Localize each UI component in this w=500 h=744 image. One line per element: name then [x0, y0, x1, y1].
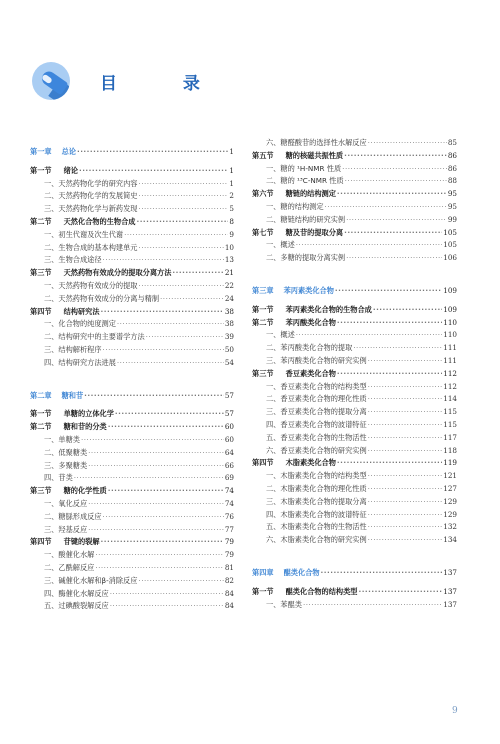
toc-item-entry[interactable]: 二、天然药物化学的发展简史2	[30, 190, 234, 203]
toc-entry-label: 第二节苯丙酸类化合物	[252, 317, 336, 330]
dot-leader	[368, 432, 443, 445]
toc-entry-title: 糖链的结构测定	[286, 189, 336, 198]
dot-leader	[88, 460, 224, 473]
dot-leader	[88, 524, 224, 537]
toc-entry-number: 第二章	[30, 391, 52, 400]
toc-item-entry[interactable]: 四、酶催化水解反应84	[30, 588, 234, 601]
toc-entry-page: 88	[448, 175, 457, 188]
toc-spacer	[252, 547, 457, 561]
toc-item-entry[interactable]: 一、酸催化水解79	[30, 549, 234, 562]
toc-entry-title: 单糖的立体化学	[64, 409, 114, 418]
toc-entry-label: 四、苷类	[44, 472, 73, 485]
toc-entry-label: 第四节苷键的裂解	[30, 536, 100, 549]
toc-entry-title: 二、生物合成的基本构建单元	[44, 243, 137, 252]
toc-item-entry[interactable]: 一、木脂素类化合物的结构类型121	[252, 470, 457, 483]
toc-entry-title: 二、糖的 ¹³C-NMR 性质	[266, 176, 344, 185]
toc-item-entry[interactable]: 三、多聚糖类66	[30, 460, 234, 473]
toc-entry-title: 一、苯醌类	[266, 600, 302, 609]
toc-entry-title: 三、生物合成途径	[44, 255, 102, 264]
toc-entry-page: 86	[448, 163, 457, 176]
dot-leader	[368, 381, 443, 394]
toc-entry-page: 129	[443, 496, 457, 509]
toc-entry-label: 第一节苯丙素类化合物的生物合成	[252, 304, 372, 317]
toc-entry-label: 二、苯丙酸类化合物的提取	[266, 342, 352, 355]
toc-entry-title: 三、苯丙酸类化合物的研究实例	[266, 356, 367, 365]
toc-entry-label: 三、苯丙酸类化合物的研究实例	[266, 355, 367, 368]
toc-entry-title: 三、羟基反应	[44, 525, 87, 534]
dot-leader	[344, 150, 447, 163]
toc-entry-label: 二、糖脎形成反应	[44, 511, 102, 524]
toc-item-entry[interactable]: 一、天然药物有效成分的提取22	[30, 280, 234, 293]
toc-entry-page: 129	[443, 509, 457, 522]
toc-entry-label: 三、木脂素类化合物的提取分离	[266, 496, 367, 509]
dot-leader	[368, 483, 443, 496]
toc-item-entry[interactable]: 一、天然药物化学的研究内容1	[30, 178, 234, 191]
dot-leader	[368, 393, 443, 406]
toc-entry-title: 二、结构研究中的主要谱学方法	[44, 332, 145, 341]
toc-entry-number: 第七节	[252, 228, 274, 237]
toc-entry-label: 三、结构解析程序	[44, 344, 102, 357]
dot-leader	[138, 190, 228, 203]
toc-entry-page: 9	[229, 229, 234, 242]
toc-entry-number: 第四章	[252, 568, 274, 577]
toc-entry-page: 38	[225, 306, 234, 319]
toc-entry-title: 四、苷类	[44, 473, 73, 482]
toc-section-entry[interactable]: 第六节糖链的结构测定95	[252, 188, 457, 201]
toc-entry-page: 137	[443, 599, 457, 612]
toc-entry-label: 一、化合物的纯度测定	[44, 318, 116, 331]
toc-entry-page: 84	[225, 600, 234, 613]
toc-item-entry[interactable]: 三、苯丙酸类化合物的研究实例111	[252, 355, 457, 368]
toc-entry-page: 13	[225, 254, 234, 267]
dot-leader	[124, 229, 228, 242]
toc-entry-title: 六、木脂素类化合物的研究实例	[266, 535, 367, 544]
toc-entry-label: 一、氧化反应	[44, 498, 87, 511]
toc-entry-page: 111	[443, 355, 457, 368]
toc-section-entry[interactable]: 第七节糖及苷的提取分离105	[252, 227, 457, 240]
toc-entry-title: 糖及苷的提取分离	[286, 228, 344, 237]
dot-leader	[74, 472, 224, 485]
toc-entry-label: 二、生物合成的基本构建单元	[44, 242, 137, 255]
toc-entry-label: 第六节糖链的结构测定	[252, 188, 336, 201]
toc-entry-label: 四、酶催化水解反应	[44, 588, 109, 601]
toc-entry-label: 第一节醌类化合物的结构类型	[252, 586, 357, 599]
dot-leader	[110, 600, 224, 613]
toc-entry-label: 一、概述	[266, 329, 295, 342]
toc-item-entry[interactable]: 一、初生代谢及次生代谢9	[30, 229, 234, 242]
dot-leader	[325, 201, 447, 214]
dot-leader	[368, 445, 443, 458]
dot-leader	[345, 175, 447, 188]
dot-leader	[117, 357, 224, 370]
dot-leader	[95, 549, 224, 562]
toc-item-entry[interactable]: 三、木脂素类化合物的提取分离129	[252, 496, 457, 509]
toc-entry-label: 一、概述	[266, 239, 295, 252]
toc-entry-label: 四、结构研究方法进展	[44, 357, 116, 370]
toc-entry-label: 二、天然药物有效成分的分离与精制	[44, 293, 159, 306]
dot-leader	[84, 390, 224, 403]
toc-entry-number: 第一节	[30, 166, 52, 175]
toc-entry-label: 第三章苯丙素类化合物	[252, 285, 334, 298]
toc-item-entry[interactable]: 一、概述105	[252, 239, 457, 252]
toc-entry-title: 醌类化合物	[284, 568, 320, 577]
toc-section-entry[interactable]: 第一节单糖的立体化学57	[30, 408, 234, 421]
toc-right-column: 六、糖醛酸苷的选择性水解反应85第五节糖的核磁共振性质86一、糖的 ¹H-NMR…	[252, 137, 457, 611]
toc-item-entry[interactable]: 四、香豆素类化合物的波谱特征115	[252, 419, 457, 432]
dot-leader	[373, 304, 442, 317]
toc-section-entry[interactable]: 第五节糖的核磁共振性质86	[252, 150, 457, 163]
toc-entry-number: 第四节	[252, 458, 274, 467]
toc-entry-label: 五、过碘酸裂解反应	[44, 600, 109, 613]
toc-entry-page: 109	[443, 285, 457, 298]
toc-entry-page: 69	[225, 472, 234, 485]
toc-entry-page: 137	[443, 567, 457, 580]
toc-entry-label: 三、天然药物化学与新药发现	[44, 203, 137, 216]
toc-entry-page: 106	[443, 252, 457, 265]
toc-item-entry[interactable]: 六、木脂素类化合物的研究实例134	[252, 534, 457, 547]
toc-entry-title: 二、苯丙酸类化合物的提取	[266, 343, 352, 352]
toc-entry-page: 115	[443, 419, 457, 432]
toc-entry-title: 二、木脂素类化合物的理化性质	[266, 484, 367, 493]
toc-entry-page: 66	[225, 460, 234, 473]
dot-leader	[303, 599, 442, 612]
toc-item-entry[interactable]: 六、糖醛酸苷的选择性水解反应85	[252, 137, 457, 150]
toc-entry-page: 121	[443, 470, 457, 483]
toc-entry-title: 糖和苷的分类	[64, 422, 107, 431]
toc-entry-title: 五、过碘酸裂解反应	[44, 601, 109, 610]
toc-entry-label: 第四节结构研究法	[30, 306, 100, 319]
toc-entry-page: 84	[225, 588, 234, 601]
toc-entry-title: 三、香豆素类化合物的提取分离	[266, 407, 367, 416]
toc-entry-title: 六、香豆素类化合物的研究实例	[266, 446, 367, 455]
toc-entry-page: 79	[225, 536, 234, 549]
toc-entry-page: 109	[443, 304, 457, 317]
toc-entry-title: 三、结构解析程序	[44, 345, 102, 354]
toc-entry-title: 一、初生代谢及次生代谢	[44, 230, 123, 239]
toc-entry-label: 二、香豆素类化合物的理化性质	[266, 393, 367, 406]
toc-entry-page: 1	[229, 178, 234, 191]
toc-entry-label: 六、木脂素类化合物的研究实例	[266, 534, 367, 547]
toc-item-entry[interactable]: 二、糖链结构的研究实例99	[252, 214, 457, 227]
toc-entry-page: 110	[443, 317, 457, 330]
page-number: 9	[452, 706, 458, 716]
toc-item-entry[interactable]: 二、多糖的提取分离实例106	[252, 252, 457, 265]
toc-entry-page: 74	[225, 485, 234, 498]
toc-item-entry[interactable]: 二、乙酰解反应81	[30, 562, 234, 575]
toc-entry-label: 一、香豆素类化合物的结构类型	[266, 381, 367, 394]
toc-entry-title: 一、天然药物有效成分的提取	[44, 281, 137, 290]
toc-item-entry[interactable]: 一、苯醌类137	[252, 599, 457, 612]
toc-item-entry[interactable]: 一、糖的 ¹H-NMR 性质86	[252, 163, 457, 176]
dot-leader	[337, 188, 447, 201]
toc-chapter-entry[interactable]: 第一章总论1	[30, 146, 234, 159]
dot-leader	[108, 421, 224, 434]
toc-item-entry[interactable]: 二、天然药物有效成分的分离与精制24	[30, 293, 234, 306]
toc-entry-label: 一、苯醌类	[266, 599, 302, 612]
toc-entry-page: 60	[225, 421, 234, 434]
toc-entry-title: 四、酶催化水解反应	[44, 589, 109, 598]
toc-entry-title: 二、多糖的提取分离实例	[266, 253, 345, 262]
toc-entry-label: 第三节糖的化学性质	[30, 485, 107, 498]
toc-item-entry[interactable]: 三、香豆素类化合物的提取分离115	[252, 406, 457, 419]
dot-leader	[321, 567, 443, 580]
toc-section-entry[interactable]: 第三节天然药物有效成分的提取分离方法21	[30, 267, 234, 280]
dot-leader	[368, 496, 443, 509]
capsule-icon	[32, 62, 70, 100]
toc-section-entry[interactable]: 第一节绪论1	[30, 165, 234, 178]
toc-entry-number: 第三章	[252, 286, 274, 295]
toc-entry-title: 二、乙酰解反应	[44, 563, 94, 572]
toc-entry-label: 一、酸催化水解	[44, 549, 94, 562]
toc-entry-page: 50	[225, 344, 234, 357]
toc-entry-label: 一、天然药物有效成分的提取	[44, 280, 137, 293]
dot-leader	[337, 368, 442, 381]
toc-item-entry[interactable]: 二、苯丙酸类化合物的提取111	[252, 342, 457, 355]
toc-entry-title: 一、酸催化水解	[44, 550, 94, 559]
toc-left-column: 第一章总论1第一节绪论1一、天然药物化学的研究内容1二、天然药物化学的发展简史2…	[30, 140, 234, 613]
toc-section-entry[interactable]: 第四节苷键的裂解79	[30, 536, 234, 549]
toc-entry-title: 苯丙酸类化合物	[286, 318, 336, 327]
toc-entry-title: 一、氧化反应	[44, 499, 87, 508]
toc-section-entry[interactable]: 第二节天然化合物的生物合成8	[30, 216, 234, 229]
toc-section-entry[interactable]: 第四节结构研究法38	[30, 306, 234, 319]
toc-item-entry[interactable]: 二、木脂素类化合物的理化性质127	[252, 483, 457, 496]
toc-item-entry[interactable]: 一、香豆素类化合物的结构类型112	[252, 381, 457, 394]
toc-entry-page: 1	[229, 146, 234, 159]
toc-item-entry[interactable]: 一、单糖类60	[30, 434, 234, 447]
toc-item-entry[interactable]: 三、碱催化水解和β-消除反应82	[30, 575, 234, 588]
toc-entry-label: 一、单糖类	[44, 434, 80, 447]
toc-entry-title: 糖的核磁共振性质	[286, 151, 344, 160]
toc-entry-title: 糖的化学性质	[64, 486, 107, 495]
toc-entry-label: 第三节天然药物有效成分的提取分离方法	[30, 267, 171, 280]
toc-entry-title: 五、香豆素类化合物的生物活性	[266, 433, 367, 442]
toc-item-entry[interactable]: 二、低聚糖类64	[30, 447, 234, 460]
toc-entry-number: 第三节	[30, 268, 52, 277]
dot-leader	[368, 509, 443, 522]
dot-leader	[353, 342, 442, 355]
toc-item-entry[interactable]: 二、结构研究中的主要谱学方法39	[30, 331, 234, 344]
toc-chapter-entry[interactable]: 第三章苯丙素类化合物109	[252, 285, 457, 298]
dot-leader	[172, 267, 223, 280]
toc-entry-title: 二、糖脎形成反应	[44, 512, 102, 521]
toc-entry-page: 95	[448, 188, 457, 201]
dot-leader	[368, 521, 443, 534]
dot-leader	[138, 575, 223, 588]
toc-entry-title: 三、木脂素类化合物的提取分离	[266, 497, 367, 506]
toc-entry-page: 99	[448, 214, 457, 227]
toc-section-entry[interactable]: 第一节苯丙素类化合物的生物合成109	[252, 304, 457, 317]
toc-entry-page: 137	[443, 586, 457, 599]
toc-entry-page: 112	[443, 381, 457, 394]
toc-entry-page: 57	[225, 408, 234, 421]
dot-leader	[115, 408, 224, 421]
toc-item-entry[interactable]: 二、糖脎形成反应76	[30, 511, 234, 524]
toc-entry-number: 第三节	[30, 486, 52, 495]
toc-entry-page: 64	[225, 447, 234, 460]
toc-entry-label: 二、天然药物化学的发展简史	[44, 190, 137, 203]
toc-entry-title: 一、化合物的纯度测定	[44, 319, 116, 328]
toc-entry-title: 三、多聚糖类	[44, 461, 87, 470]
toc-item-entry[interactable]: 五、香豆素类化合物的生物活性117	[252, 432, 457, 445]
toc-item-entry[interactable]: 四、结构研究方法进展54	[30, 357, 234, 370]
toc-entry-title: 五、木脂素类化合物的生物活性	[266, 522, 367, 531]
toc-section-entry[interactable]: 第四节木脂素类化合物119	[252, 457, 457, 470]
toc-entry-label: 二、多糖的提取分离实例	[266, 252, 345, 265]
toc-entry-title: 四、木脂素类化合物的波谱特征	[266, 510, 367, 519]
toc-entry-number: 第四节	[30, 537, 52, 546]
toc-entry-label: 二、结构研究中的主要谱学方法	[44, 331, 145, 344]
toc-entry-page: 127	[443, 483, 457, 496]
dot-leader	[146, 331, 224, 344]
toc-entry-title: 二、香豆素类化合物的理化性质	[266, 394, 367, 403]
toc-item-entry[interactable]: 二、生物合成的基本构建单元10	[30, 242, 234, 255]
toc-entry-page: 115	[443, 406, 457, 419]
toc-entry-number: 第三节	[252, 369, 274, 378]
toc-entry-label: 三、香豆素类化合物的提取分离	[266, 406, 367, 419]
toc-entry-title: 苯丙素类化合物	[284, 286, 334, 295]
toc-entry-title: 一、糖的结构测定	[266, 202, 324, 211]
dot-leader	[368, 355, 443, 368]
dot-leader	[77, 146, 228, 159]
dot-leader	[108, 485, 224, 498]
toc-entry-page: 95	[448, 201, 457, 214]
toc-spacer	[30, 370, 234, 384]
toc-entry-page: 134	[443, 534, 457, 547]
toc-spacer	[252, 265, 457, 279]
dot-leader	[344, 227, 442, 240]
toc-item-entry[interactable]: 三、羟基反应77	[30, 524, 234, 537]
toc-item-entry[interactable]: 三、结构解析程序50	[30, 344, 234, 357]
toc-entry-page: 60	[225, 434, 234, 447]
dot-leader	[368, 419, 443, 432]
dot-leader	[346, 214, 447, 227]
toc-entry-label: 第四节木脂素类化合物	[252, 457, 336, 470]
toc-entry-title: 六、糖醛酸苷的选择性水解反应	[266, 138, 367, 147]
toc-entry-label: 一、天然药物化学的研究内容	[44, 178, 137, 191]
toc-entry-page: 8	[229, 216, 234, 229]
toc-item-entry[interactable]: 五、木脂素类化合物的生物活性132	[252, 521, 457, 534]
dot-leader	[88, 447, 224, 460]
toc-entry-title: 糖和苷	[62, 391, 84, 400]
toc-entry-page: 38	[225, 318, 234, 331]
toc-entry-label: 三、生物合成途径	[44, 254, 102, 267]
toc-entry-number: 第一节	[252, 305, 274, 314]
toc-entry-page: 86	[448, 150, 457, 163]
toc-entry-page: 112	[443, 368, 457, 381]
dot-leader	[342, 163, 447, 176]
toc-section-entry[interactable]: 第二节糖和苷的分类60	[30, 421, 234, 434]
toc-entry-title: 结构研究法	[64, 307, 100, 316]
dot-leader	[368, 470, 443, 483]
toc-item-entry[interactable]: 二、香豆素类化合物的理化性质114	[252, 393, 457, 406]
toc-entry-page: 74	[225, 498, 234, 511]
toc-entry-label: 二、糖的 ¹³C-NMR 性质	[266, 175, 344, 188]
toc-item-entry[interactable]: 三、生物合成途径13	[30, 254, 234, 267]
toc-entry-page: 81	[225, 562, 234, 575]
toc-entry-page: 114	[443, 393, 457, 406]
dot-leader	[346, 252, 442, 265]
dot-leader	[136, 216, 228, 229]
toc-entry-label: 第三节香豆素类化合物	[252, 368, 336, 381]
toc-entry-label: 三、多聚糖类	[44, 460, 87, 473]
toc-entry-title: 二、低聚糖类	[44, 448, 87, 457]
toc-item-entry[interactable]: 一、氧化反应74	[30, 498, 234, 511]
toc-section-entry[interactable]: 第三节香豆素类化合物112	[252, 368, 457, 381]
toc-entry-title: 一、香豆素类化合物的结构类型	[266, 382, 367, 391]
toc-entry-number: 第六节	[252, 189, 274, 198]
toc-entry-label: 四、木脂素类化合物的波谱特征	[266, 509, 367, 522]
toc-entry-page: 82	[225, 575, 234, 588]
toc-entry-title: 木脂素类化合物	[286, 458, 336, 467]
toc-item-entry[interactable]: 二、糖的 ¹³C-NMR 性质88	[252, 175, 457, 188]
toc-entry-label: 二、乙酰解反应	[44, 562, 94, 575]
toc-entry-page: 110	[443, 329, 457, 342]
toc-item-entry[interactable]: 六、香豆素类化合物的研究实例118	[252, 445, 457, 458]
toc-item-entry[interactable]: 一、化合物的纯度测定38	[30, 318, 234, 331]
toc-entry-title: 天然化合物的生物合成	[64, 217, 136, 226]
toc-entry-label: 第二节糖和苷的分类	[30, 421, 107, 434]
toc-item-entry[interactable]: 三、天然药物化学与新药发现5	[30, 203, 234, 216]
dot-leader	[81, 434, 224, 447]
toc-chapter-entry[interactable]: 第二章糖和苷57	[30, 390, 234, 403]
dot-leader	[368, 534, 443, 547]
toc-chapter-entry[interactable]: 第四章醌类化合物137	[252, 567, 457, 580]
toc-entry-number: 第一章	[30, 147, 52, 156]
toc-entry-label: 一、初生代谢及次生代谢	[44, 229, 123, 242]
dot-leader	[160, 293, 224, 306]
dot-leader	[103, 511, 224, 524]
toc-entry-title: 四、结构研究方法进展	[44, 358, 116, 367]
toc-item-entry[interactable]: 一、糖的结构测定95	[252, 201, 457, 214]
toc-entry-title: 一、木脂素类化合物的结构类型	[266, 471, 367, 480]
toc-entry-title: 苷键的裂解	[64, 537, 100, 546]
toc-entry-label: 第二章糖和苷	[30, 390, 83, 403]
toc-entry-label: 三、碱催化水解和β-消除反应	[44, 575, 137, 588]
toc-item-entry[interactable]: 四、木脂素类化合物的波谱特征129	[252, 509, 457, 522]
toc-entry-number: 第一节	[30, 409, 52, 418]
toc-entry-number: 第二节	[30, 217, 52, 226]
toc-entry-label: 五、香豆素类化合物的生物活性	[266, 432, 367, 445]
toc-entry-page: 10	[225, 242, 234, 255]
dot-leader	[79, 165, 228, 178]
toc-header: 目 录	[32, 60, 230, 102]
dot-leader	[138, 178, 228, 191]
toc-entry-title: 一、天然药物化学的研究内容	[44, 179, 137, 188]
toc-entry-page: 105	[443, 227, 457, 240]
toc-entry-page: 54	[225, 357, 234, 370]
toc-section-entry[interactable]: 第三节糖的化学性质74	[30, 485, 234, 498]
toc-entry-page: 21	[225, 267, 234, 280]
toc-entry-label: 三、羟基反应	[44, 524, 87, 537]
toc-entry-label: 第四章醌类化合物	[252, 567, 320, 580]
dot-leader	[101, 306, 224, 319]
toc-entry-label: 一、木脂素类化合物的结构类型	[266, 470, 367, 483]
dot-leader	[101, 536, 224, 549]
toc-item-entry[interactable]: 四、苷类69	[30, 472, 234, 485]
toc-item-entry[interactable]: 一、概述110	[252, 329, 457, 342]
toc-entry-label: 第一章总论	[30, 146, 76, 159]
toc-entry-number: 第四节	[30, 307, 52, 316]
dot-leader	[368, 406, 443, 419]
toc-entry-page: 24	[225, 293, 234, 306]
toc-entry-title: 香豆素类化合物	[286, 369, 336, 378]
toc-section-entry[interactable]: 第二节苯丙酸类化合物110	[252, 317, 457, 330]
toc-item-entry[interactable]: 五、过碘酸裂解反应84	[30, 600, 234, 613]
toc-section-entry[interactable]: 第一节醌类化合物的结构类型137	[252, 586, 457, 599]
dot-leader	[110, 588, 224, 601]
toc-entry-title: 四、香豆素类化合物的波谱特征	[266, 420, 367, 429]
